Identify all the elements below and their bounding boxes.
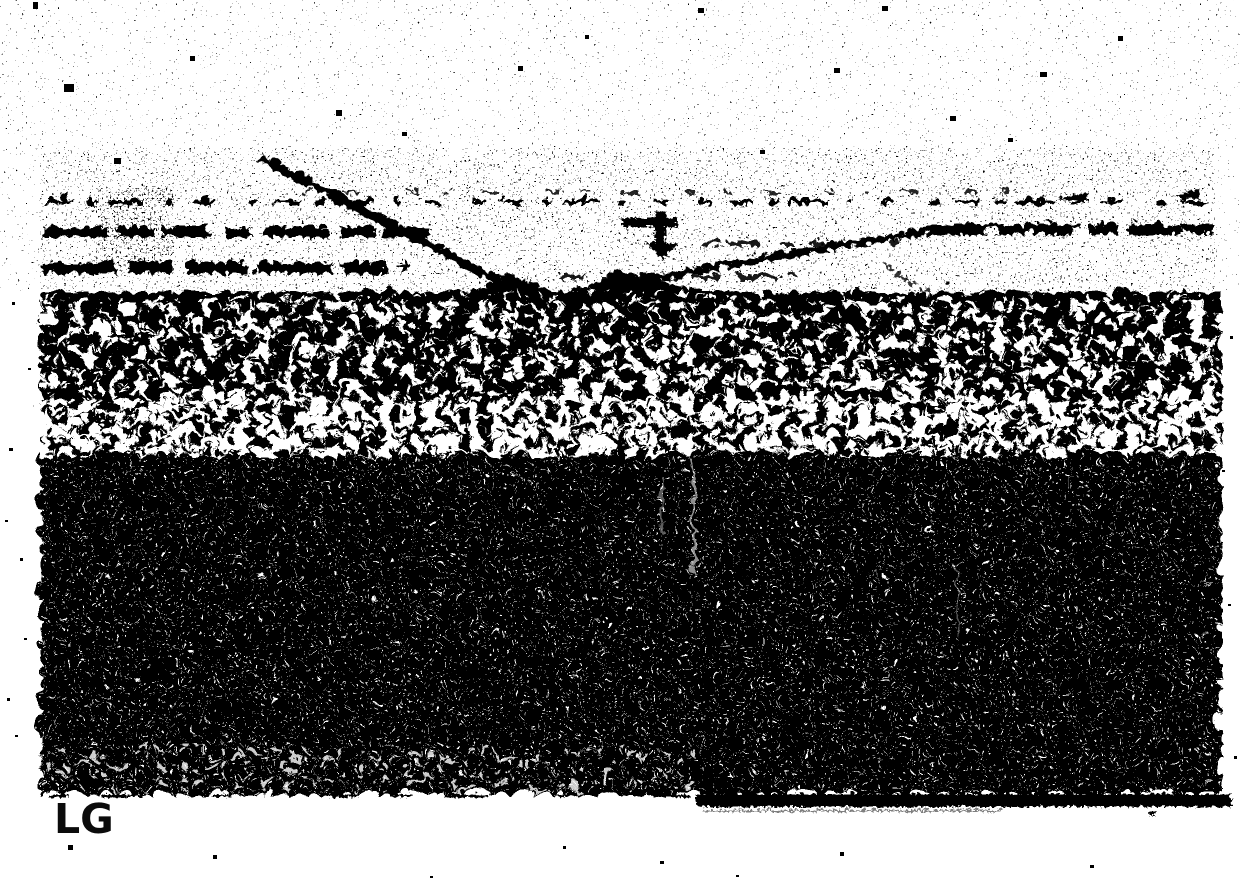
substrate-dark-region xyxy=(36,452,1216,790)
micrograph-photo xyxy=(0,0,1240,878)
micrograph-figure-page: LG xyxy=(0,0,1240,878)
reaction-layer-band xyxy=(36,287,1216,457)
scale-bar xyxy=(694,792,1230,813)
figure-label: LG xyxy=(54,799,114,840)
upper-region-noise xyxy=(0,0,1240,292)
